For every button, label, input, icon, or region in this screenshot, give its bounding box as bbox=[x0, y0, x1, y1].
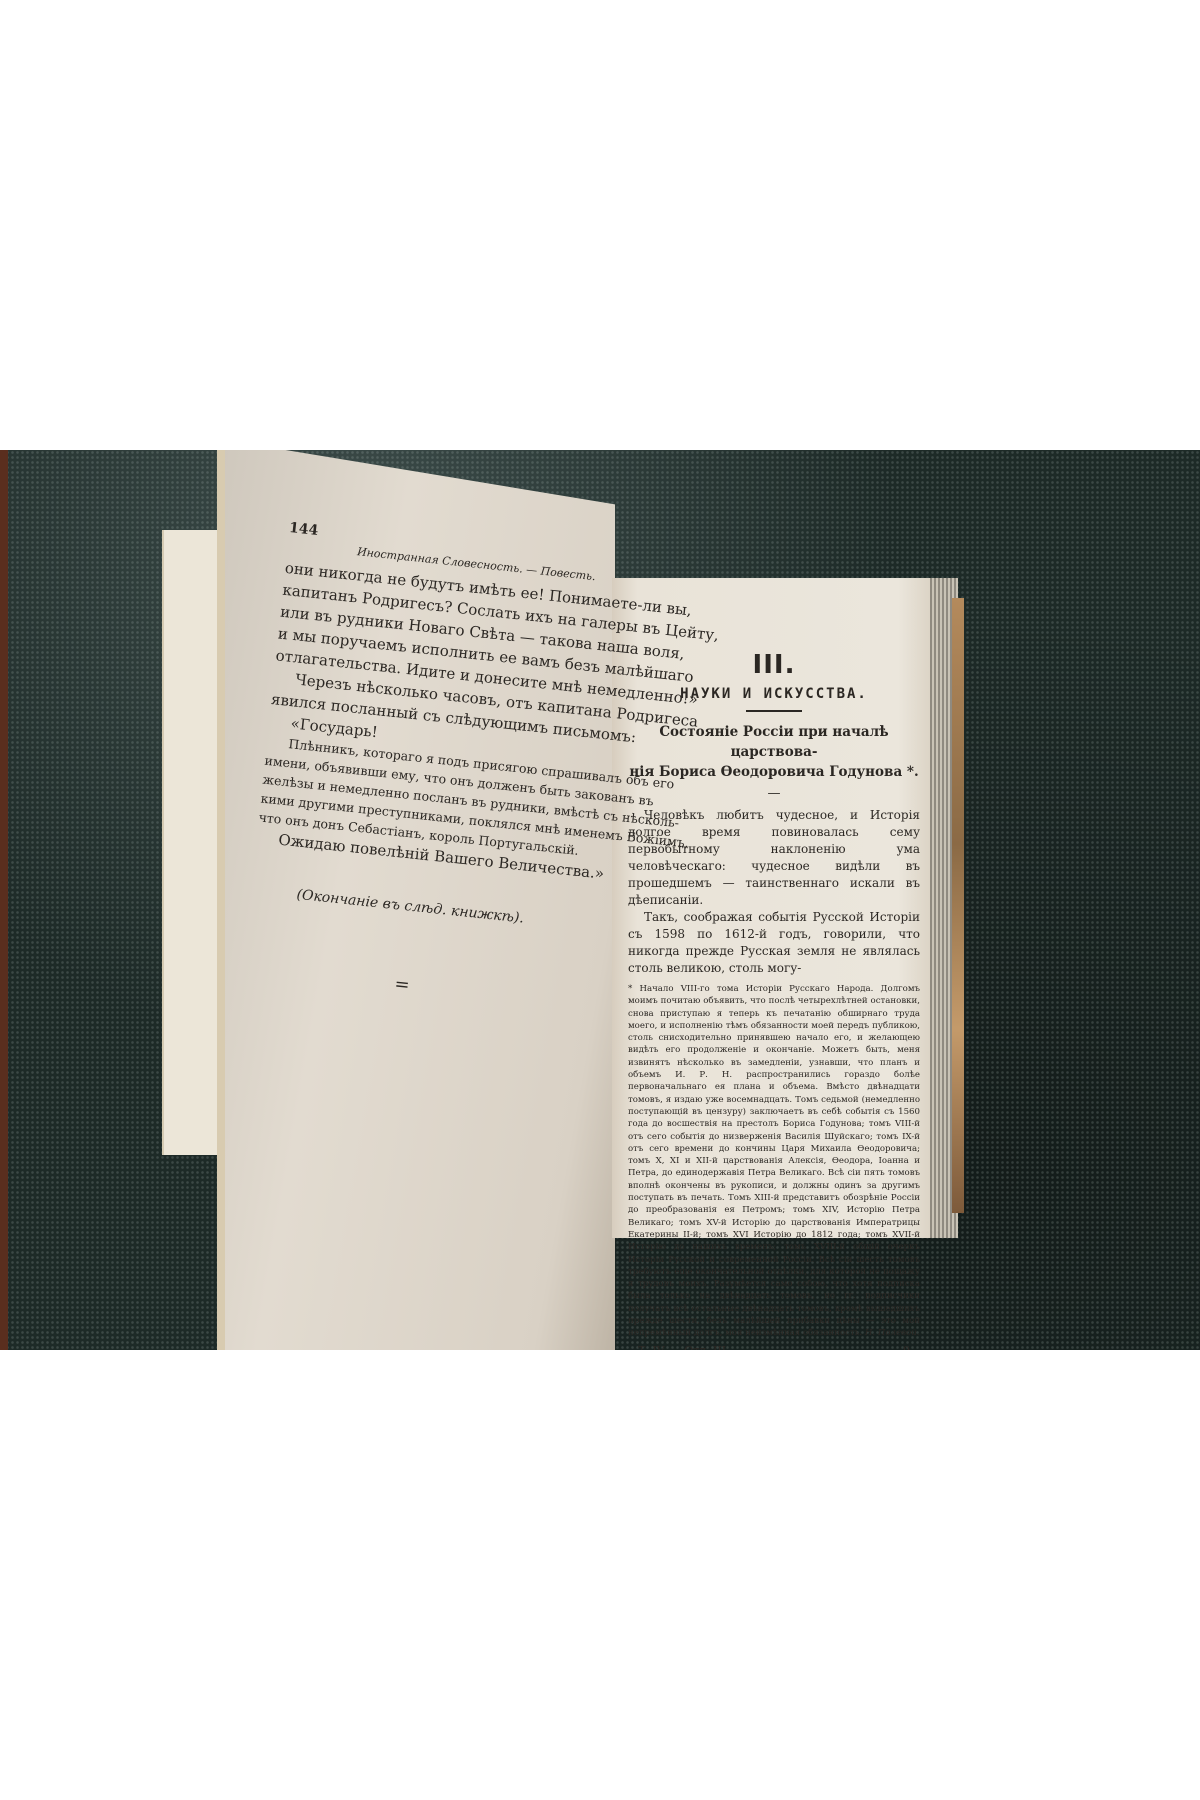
bookmark-slip bbox=[162, 530, 224, 1155]
page-footer: Т. IV. — Отд. III. 9 bbox=[628, 1344, 920, 1350]
book-photo: 144 Иностранная Словесность. — Повесть. … bbox=[0, 450, 1200, 1350]
left-page-text: 144 Иностранная Словесность. — Повесть. … bbox=[242, 520, 608, 1012]
section-number: III. bbox=[628, 650, 920, 680]
section-rule bbox=[746, 710, 802, 712]
article-title-line-1: Состояніе Россіи при началѣ царствова- bbox=[628, 722, 920, 762]
title-dash: — bbox=[628, 786, 920, 801]
paragraph: Человѣкъ любитъ чудесное, и Исторія долг… bbox=[628, 807, 920, 909]
right-page-text: III. НАУКИ И ИСКУССТВА. Состояніе Россіи… bbox=[628, 650, 920, 1350]
table-edge bbox=[0, 450, 8, 1350]
signature-mark: Т. IV. — Отд. III. bbox=[638, 1344, 730, 1350]
footnote-text: * Начало VIII-го тома Исторіи Русскаго Н… bbox=[628, 984, 920, 1338]
continuation-note: (Окончаніе въ слѣд. книжкѣ). bbox=[250, 882, 570, 931]
footnote-signature: Н. Полевой. bbox=[865, 1328, 920, 1338]
article-title-line-2: нія Бориса Ѳеодоровича Годунова *. bbox=[628, 762, 920, 782]
section-title: НАУКИ И ИСКУССТВА. bbox=[628, 686, 920, 702]
right-page-number: 9 bbox=[903, 1344, 910, 1350]
footnote: * Начало VIII-го тома Исторіи Русскаго Н… bbox=[628, 983, 920, 1340]
worn-binding-edge bbox=[952, 598, 964, 1213]
article-body: Человѣкъ любитъ чудесное, и Исторія долг… bbox=[628, 807, 920, 977]
paragraph: Такъ, соображая событія Русской Исторіи … bbox=[628, 909, 920, 977]
